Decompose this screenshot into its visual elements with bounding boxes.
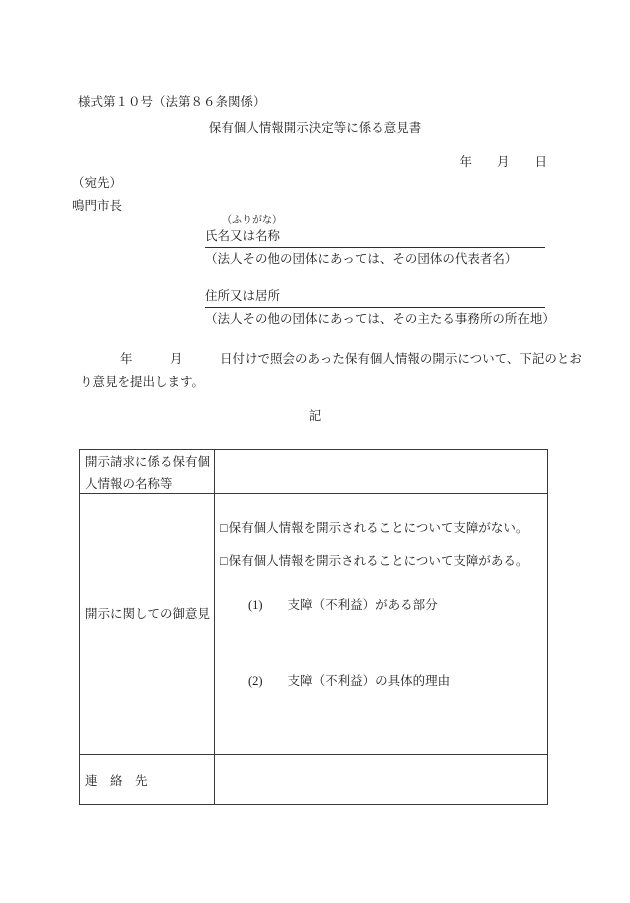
addressee-name: 鳴門市長 bbox=[72, 199, 122, 214]
item-2-label: 支障（不利益）の具体的理由 bbox=[288, 674, 451, 689]
table-column-divider bbox=[214, 450, 215, 804]
form-number: 様式第１０号（法第８６条関係） bbox=[78, 95, 266, 110]
checkbox-option-problem[interactable]: □保有個人情報を開示されることについて支障がある。 bbox=[220, 554, 528, 569]
name-field-label: 氏名又は名称 bbox=[205, 229, 280, 243]
opinion-table: 開示請求に係る保有個 人情報の名称等 開示に関しての御意見 □保有個人情報を開示… bbox=[79, 449, 548, 805]
date-blank-line[interactable]: 年 月 日 bbox=[459, 155, 547, 170]
name-field[interactable]: 氏名又は名称 bbox=[205, 229, 545, 248]
checkbox-no-problem-label: 保有個人情報を開示されることについて支障がない。 bbox=[229, 521, 529, 535]
furigana-label: （ふりがな） bbox=[222, 215, 282, 227]
document-page: 様式第１０号（法第８６条関係） 保有個人情報開示決定等に係る意見書 年 月 日 … bbox=[0, 0, 630, 903]
item-1-number: (1) bbox=[248, 598, 263, 613]
row1-label-line2: 人情報の名称等 bbox=[85, 477, 173, 492]
address-field[interactable]: 住所又は居所 bbox=[205, 289, 545, 308]
checkbox-icon[interactable]: □ bbox=[220, 554, 228, 569]
address-field-note: （法人その他の団体にあっては、その主たる事務所の所在地） bbox=[205, 312, 555, 327]
opinion-row-label: 開示に関しての御意見 bbox=[85, 607, 210, 622]
body-paragraph-line2: り意見を提出します。 bbox=[80, 375, 204, 390]
personal-info-name-input-cell[interactable] bbox=[215, 450, 547, 493]
checkbox-problem-label: 保有個人情報を開示されることについて支障がある。 bbox=[229, 554, 529, 568]
body-paragraph-line1: 年 月 日付けで照会のあった保有個人情報の開示について、下記のとお bbox=[120, 352, 582, 367]
item-1: (1)支障（不利益）がある部分 bbox=[248, 598, 438, 613]
address-field-label: 住所又は居所 bbox=[205, 289, 280, 303]
addressee-label: （宛先） bbox=[72, 176, 122, 191]
item-2: (2)支障（不利益）の具体的理由 bbox=[248, 674, 450, 689]
item-1-label: 支障（不利益）がある部分 bbox=[288, 598, 438, 613]
row1-label-line1: 開示請求に係る保有個 bbox=[85, 455, 210, 470]
contact-input-cell[interactable] bbox=[215, 754, 547, 804]
document-title: 保有個人情報開示決定等に係る意見書 bbox=[0, 121, 630, 136]
contact-row-label: 連 絡 先 bbox=[85, 774, 148, 789]
name-field-note: （法人その他の団体にあっては、その団体の代表者名） bbox=[205, 252, 517, 267]
table-row-divider-1 bbox=[80, 493, 547, 494]
record-heading: 記 bbox=[0, 409, 630, 424]
checkbox-option-no-problem[interactable]: □保有個人情報を開示されることについて支障がない。 bbox=[220, 521, 528, 536]
item-2-number: (2) bbox=[248, 674, 263, 689]
checkbox-icon[interactable]: □ bbox=[220, 521, 228, 536]
